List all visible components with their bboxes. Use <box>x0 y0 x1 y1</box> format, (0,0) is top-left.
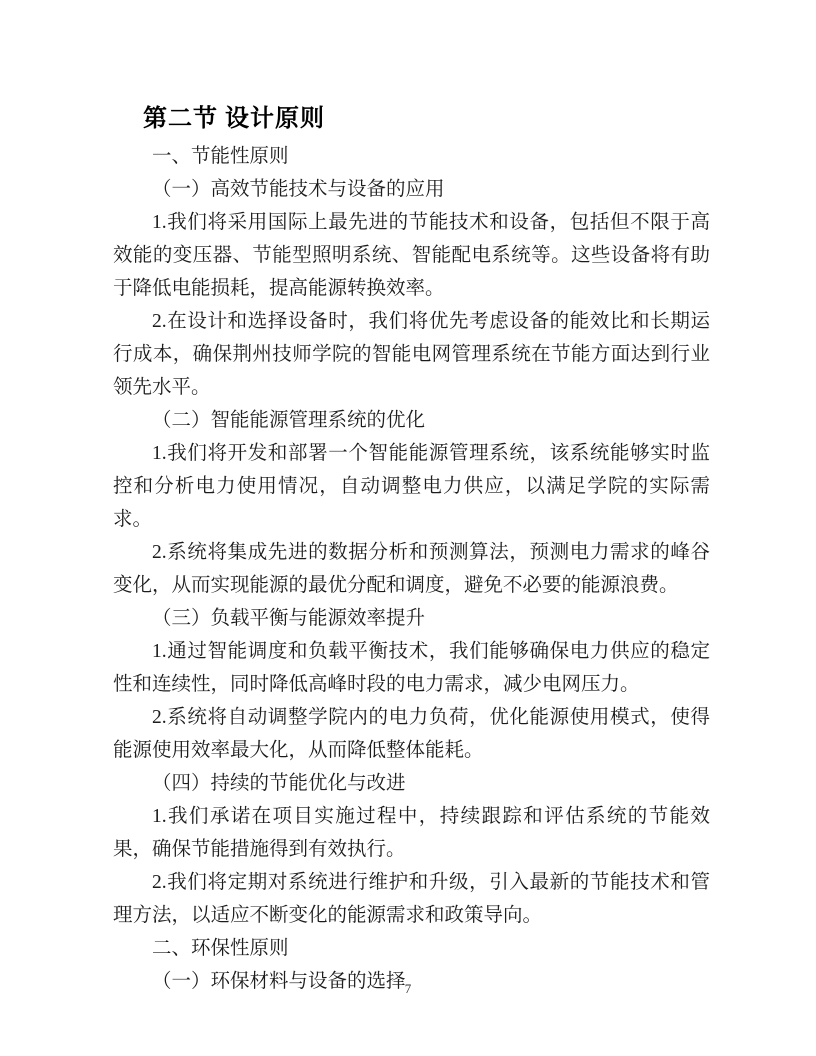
paragraph: （四）持续的节能优化与改进 <box>113 767 710 800</box>
page-number: 7 <box>0 981 816 997</box>
section-title: 第二节 设计原则 <box>143 98 710 140</box>
document-page: 第二节 设计原则 一、节能性原则 （一）高效节能技术与设备的应用 1.我们将采用… <box>0 0 816 1056</box>
paragraph: 1.我们承诺在项目实施过程中，持续跟踪和评估系统的节能效果，确保节能措施得到有效… <box>113 800 710 866</box>
document-body: 第二节 设计原则 一、节能性原则 （一）高效节能技术与设备的应用 1.我们将采用… <box>113 98 710 998</box>
paragraph: 1.通过智能调度和负载平衡技术，我们能够确保电力供应的稳定性和连续性，同时降低高… <box>113 635 710 701</box>
paragraph: 2.系统将集成先进的数据分析和预测算法，预测电力需求的峰谷变化，从而实现能源的最… <box>113 536 710 602</box>
paragraph: （二）智能能源管理系统的优化 <box>113 404 710 437</box>
paragraph: 2.我们将定期对系统进行维护和升级，引入最新的节能技术和管理方法，以适应不断变化… <box>113 866 710 932</box>
paragraph: （一）高效节能技术与设备的应用 <box>113 173 710 206</box>
paragraph: 一、节能性原则 <box>113 140 710 173</box>
paragraph: 二、环保性原则 <box>113 932 710 965</box>
paragraph: 1.我们将开发和部署一个智能能源管理系统，该系统能够实时监控和分析电力使用情况，… <box>113 437 710 536</box>
paragraph: （三）负载平衡与能源效率提升 <box>113 602 710 635</box>
paragraph: 2.系统将自动调整学院内的电力负荷，优化能源使用模式，使得能源使用效率最大化，从… <box>113 701 710 767</box>
paragraph: 1.我们将采用国际上最先进的节能技术和设备，包括但不限于高效能的变压器、节能型照… <box>113 206 710 305</box>
paragraph: 2.在设计和选择设备时，我们将优先考虑设备的能效比和长期运行成本，确保荆州技师学… <box>113 305 710 404</box>
